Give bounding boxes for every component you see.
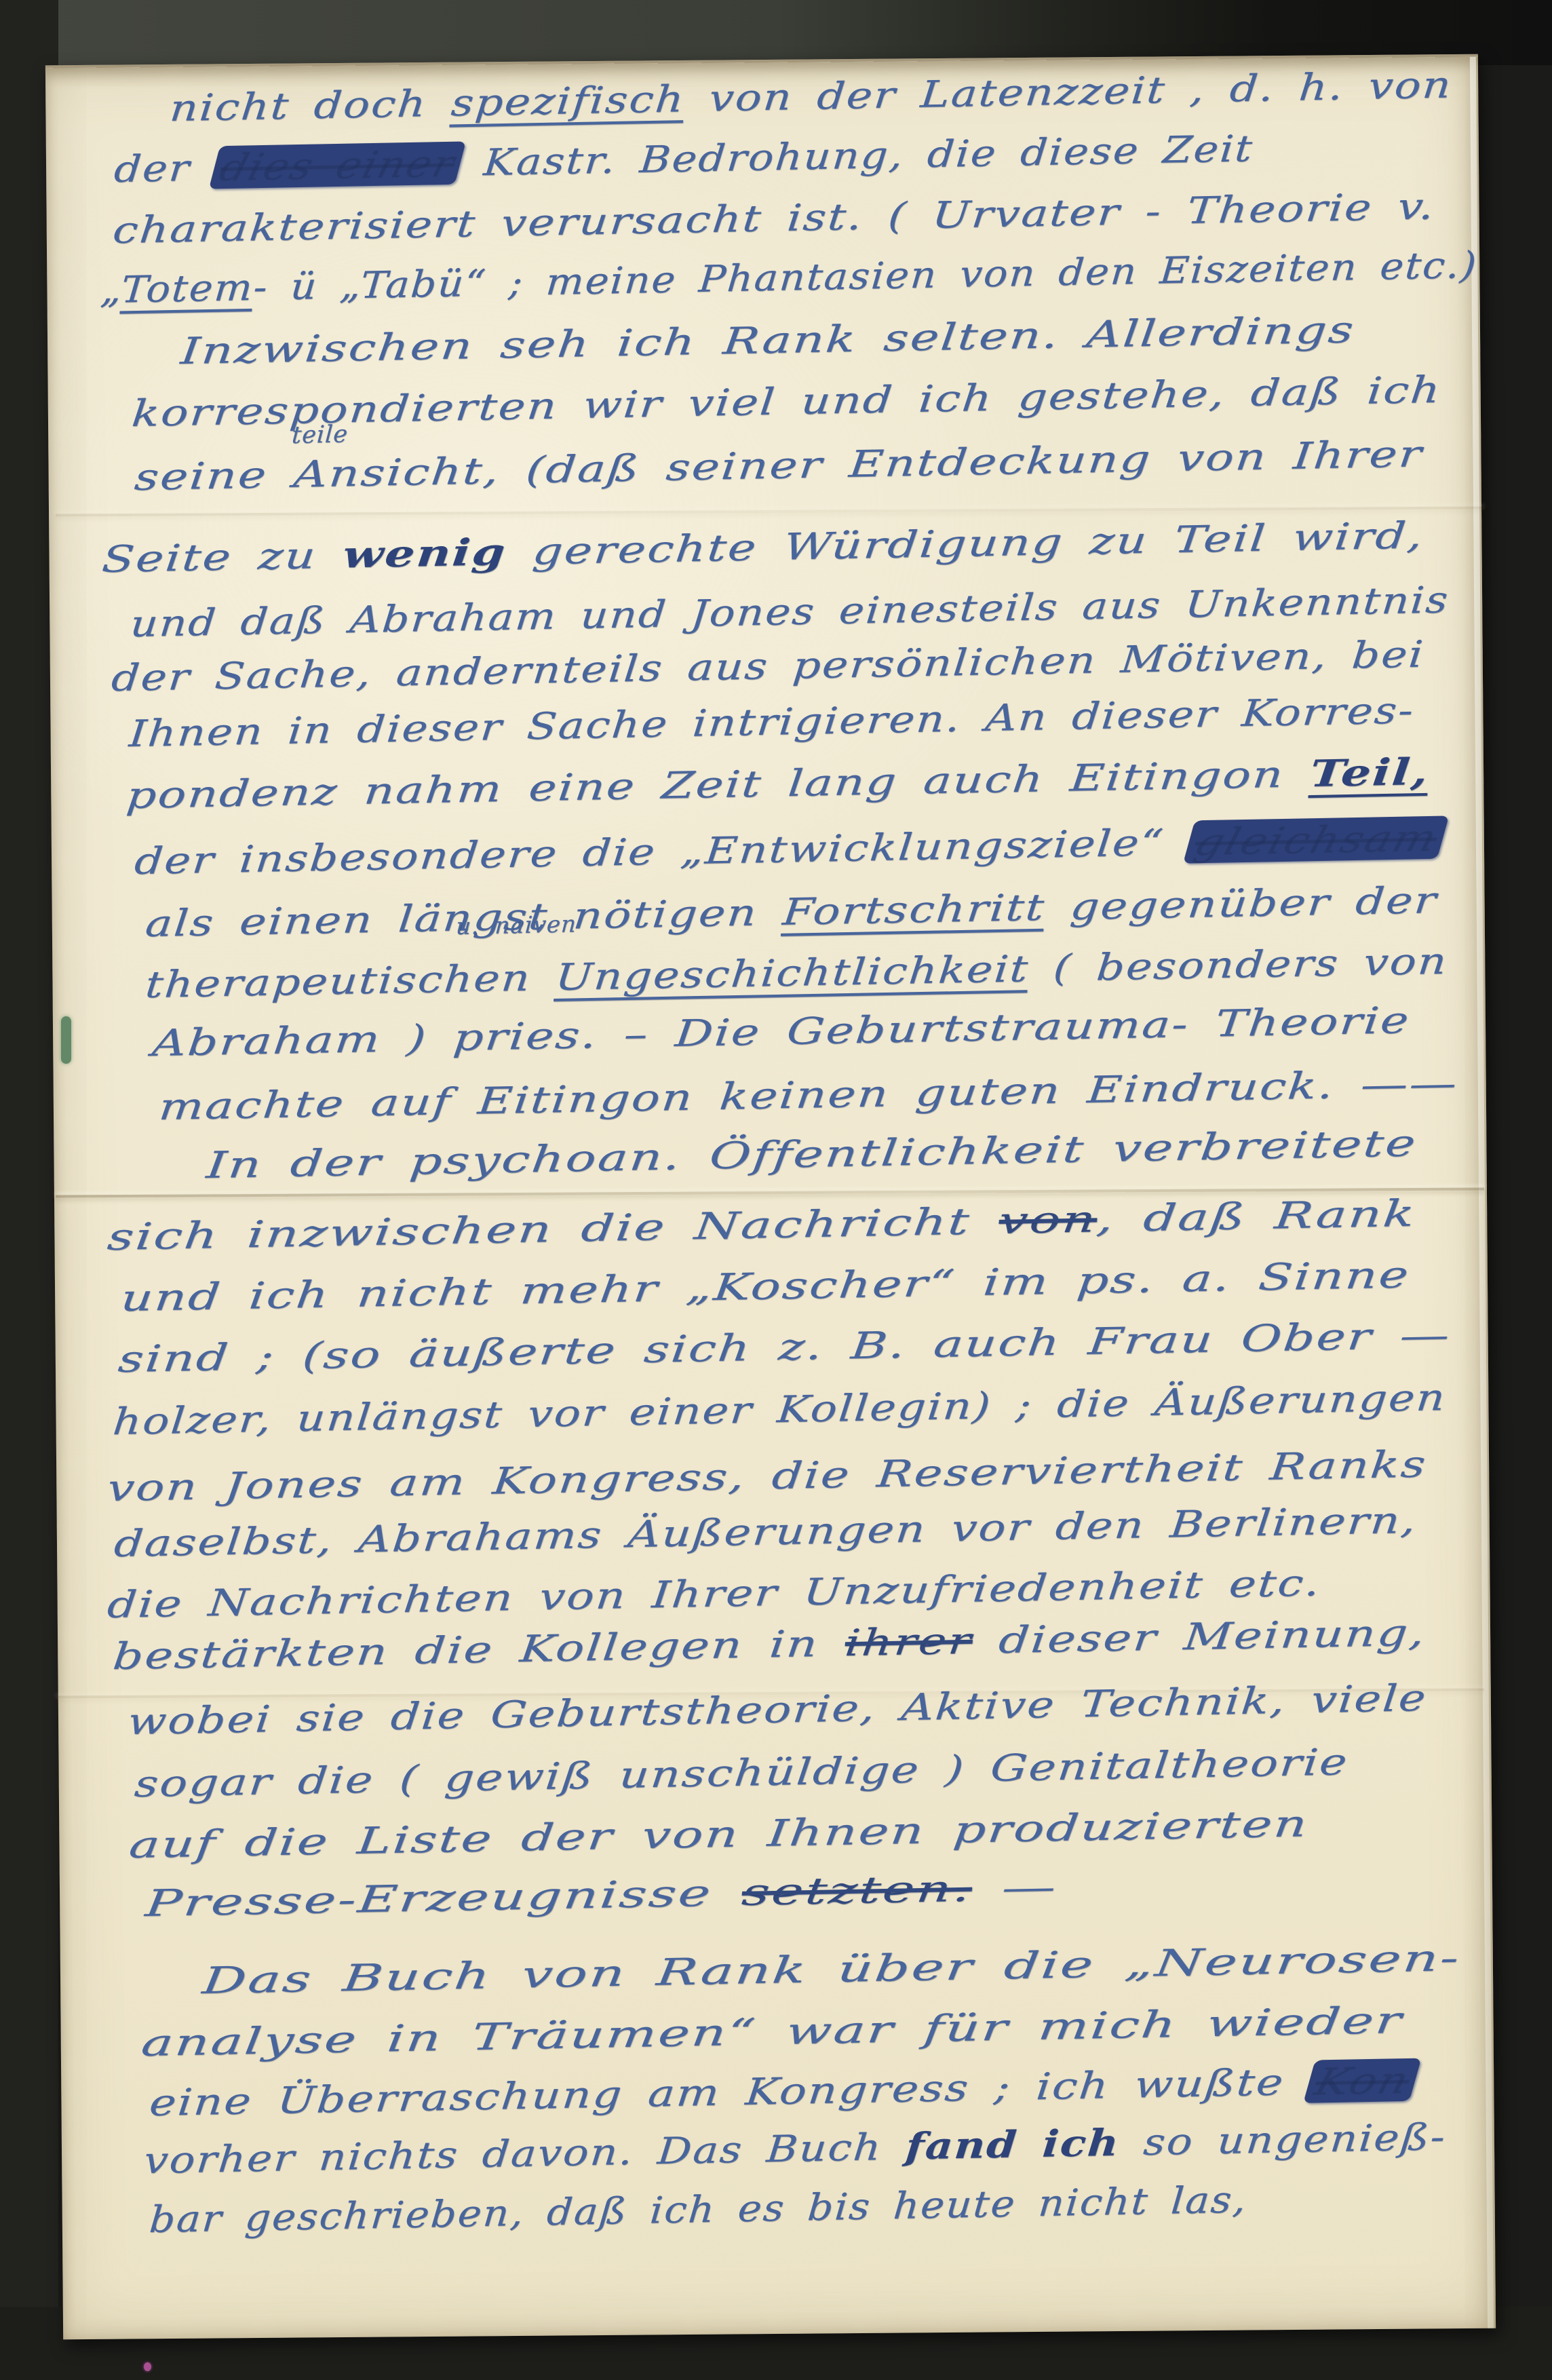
handwriting-text: - ü „Tabü“ ; meine Phantasien von den Ei… xyxy=(252,244,1479,309)
handwriting-text: holzer, unlängst vor einer Kollegin) ; d… xyxy=(111,1376,1448,1443)
handwriting-text: sich inzwischen die Nachricht xyxy=(105,1199,1001,1259)
handwriting-text: sogar die ( gewiß unschüldige ) Genitalt… xyxy=(133,1740,1351,1805)
handwriting-text: In der psychoan. Öffentlichkeit verbreit… xyxy=(204,1121,1419,1187)
handwriting-line: therapeutischen Ungeschichtlichkeit ( be… xyxy=(144,940,1450,1006)
handwriting-text: bar geschrieben, daß ich es bis heute ni… xyxy=(148,2178,1249,2241)
handwriting-text: Presse-Erzeugnisse xyxy=(143,1871,744,1925)
handwriting-line: der dies einer Kastr. Bedrohung, die die… xyxy=(113,127,1255,191)
scribbled-out-word: gleichsam xyxy=(1183,815,1449,863)
handwriting-text: der xyxy=(113,146,216,191)
handwriting-text: ( besonders von xyxy=(1027,940,1450,990)
handwriting-text: wenig xyxy=(341,530,509,577)
handwriting-line: der insbesondere die „Entwicklungsziele“… xyxy=(133,816,1446,883)
handwriting-line: auf die Liste der von Ihnen produzierten xyxy=(127,1802,1311,1866)
handwriting-text: der Sache, andernteils aus persönlichen … xyxy=(110,632,1427,699)
handwriting-text: bestärkten die Kollegen in xyxy=(111,1621,847,1678)
handwriting-line: charakterisiert verursacht ist. ( Urvate… xyxy=(111,185,1437,252)
handwriting-text: eine Überraschung am Kongress ; ich wußt… xyxy=(148,2060,1312,2124)
handwriting-line: machte auf Eitingon keinen guten Eindruc… xyxy=(157,1062,1460,1128)
handwriting-text: , daß Rank xyxy=(1095,1192,1418,1241)
handwriting-text: daselbst, Abrahams Äußerungen vor den Be… xyxy=(113,1499,1419,1565)
handwriting-text: der insbesondere die „Entwicklungsziele“ xyxy=(133,820,1191,883)
handwriting-line: vorher nichts davon. Das Buch fand ich s… xyxy=(142,2115,1448,2182)
handwriting-line: „Totem- ü „Tabü“ ; meine Phantasien von … xyxy=(99,244,1479,311)
handwriting-text: Teil, xyxy=(1308,750,1432,795)
handwriting-line: Inzwischen seh ich Rank selten. Allerdin… xyxy=(179,308,1357,372)
handwriting-text: von der Latenzzeit , d. h. von xyxy=(683,63,1454,120)
handwriting-text: spezifisch xyxy=(450,77,687,124)
handwriting-text: analyse in Träumen“ war für mich wieder xyxy=(139,1999,1405,2065)
handwriting-text: Ungeschichtlichkeit xyxy=(554,947,1030,999)
handwriting-text: dieser Meinung, xyxy=(971,1611,1428,1662)
handwriting-line: analyse in Träumen“ war für mich wieder xyxy=(139,1999,1405,2065)
handwriting-text: fand ich xyxy=(904,2121,1122,2168)
handwriting-line: Presse-Erzeugnisse setzten. — xyxy=(143,1865,1060,1925)
handwriting-text: wobei sie die Geburtstheorie, Aktive Tec… xyxy=(126,1676,1429,1743)
handwriting-text: Inzwischen seh ich Rank selten. Allerdin… xyxy=(179,308,1357,372)
handwriting-text: Kastr. Bedrohung, die diese Zeit xyxy=(459,127,1255,185)
handwriting-text: Abraham ) pries. – Die Geburtstrauma- Th… xyxy=(151,999,1412,1064)
handwriting-line: Das Buch von Rank über die „Neurosen- xyxy=(200,1936,1462,2002)
handwriting-line: von Jones am Kongress, die Reservierthei… xyxy=(106,1442,1429,1510)
handwriting-line: eine Überraschung am Kongress ; ich wußt… xyxy=(148,2058,1418,2124)
handwriting-line: daselbst, Abrahams Äußerungen vor den Be… xyxy=(113,1499,1419,1565)
handwriting-line: wobei sie die Geburtstheorie, Aktive Tec… xyxy=(126,1676,1429,1743)
scribbled-out-word: dies einer xyxy=(208,141,466,189)
handwriting-insertion: u. naiven xyxy=(455,910,577,940)
handwriting-text: therapeutischen xyxy=(144,956,558,1006)
handwriting-text: charakterisiert verursacht ist. ( Urvate… xyxy=(111,185,1437,252)
handwriting-text: setzten. xyxy=(740,1867,975,1914)
handwriting-text: und ich nicht mehr „Koscher“ im ps. a. S… xyxy=(119,1253,1412,1320)
handwriting-line: sind ; (so äußerte sich z. B. auch Frau … xyxy=(117,1313,1454,1381)
handwriting-line: und ich nicht mehr „Koscher“ im ps. a. S… xyxy=(119,1253,1412,1320)
handwriting-line: als einen längst nötigen Fortschritt geg… xyxy=(144,879,1439,945)
handwriting-text: u. naiven xyxy=(455,910,577,940)
handwriting-line: der Sache, andernteils aus persönlichen … xyxy=(110,632,1427,699)
handwriting-line: sogar die ( gewiß unschüldige ) Genitalt… xyxy=(133,1740,1351,1805)
handwriting-line: Ihnen in dieser Sache intrigieren. An di… xyxy=(128,689,1416,755)
handwriting-line: bar geschrieben, daß ich es bis heute ni… xyxy=(148,2178,1249,2241)
handwriting-text: Totem xyxy=(120,266,256,311)
handwriting-line: In der psychoan. Öffentlichkeit verbreit… xyxy=(204,1121,1419,1187)
handwriting-text: ihrer xyxy=(843,1619,975,1665)
handwriting-text: Ihnen in dieser Sache intrigieren. An di… xyxy=(128,689,1416,755)
handwriting-text: machte auf Eitingon keinen guten Eindruc… xyxy=(157,1062,1460,1128)
handwriting-text: Das Buch von Rank über die „Neurosen- xyxy=(200,1936,1462,2002)
handwriting-line: sich inzwischen die Nachricht von, daß R… xyxy=(105,1192,1418,1259)
handwriting-text: „ xyxy=(99,268,123,311)
handwriting-text: nicht doch xyxy=(168,81,453,130)
handwriting-text: gegenüber der xyxy=(1043,879,1439,929)
handwriting-line: pondenz nahm eine Zeit lang auch Eitingo… xyxy=(125,750,1432,817)
handwriting-text: Fortschritt xyxy=(781,886,1047,934)
handwriting-text: von Jones am Kongress, die Reservierthei… xyxy=(106,1442,1429,1510)
handwriting-line: nicht doch spezifisch von der Latenzzeit… xyxy=(168,63,1454,130)
scribbled-out-word: Kon xyxy=(1304,2058,1422,2103)
handwriting-line: Abraham ) pries. – Die Geburtstrauma- Th… xyxy=(151,999,1412,1064)
handwriting-text: gerechte Würdigung zu Teil wird, xyxy=(505,514,1426,573)
handwriting-text: — xyxy=(970,1865,1060,1909)
handwriting-line: Seite zu wenig gerechte Würdigung zu Tei… xyxy=(100,513,1427,581)
handwriting-text: teile xyxy=(291,421,349,449)
handwriting-text: vorher nichts davon. Das Buch xyxy=(142,2125,908,2182)
handwriting-layer: nicht doch spezifisch von der Latenzzeit… xyxy=(0,0,1552,2380)
handwriting-text: so ungenieß- xyxy=(1118,2115,1448,2164)
handwriting-text: Seite zu xyxy=(100,533,345,581)
handwriting-text: von xyxy=(997,1197,1100,1242)
handwriting-text: pondenz nahm eine Zeit lang auch Eitingo… xyxy=(125,752,1313,817)
handwriting-text: auf die Liste der von Ihnen produzierten xyxy=(127,1802,1311,1866)
handwriting-line: holzer, unlängst vor einer Kollegin) ; d… xyxy=(111,1376,1448,1443)
scanned-letter-page: nicht doch spezifisch von der Latenzzeit… xyxy=(0,0,1552,2380)
handwriting-insertion: teile xyxy=(291,421,349,449)
handwriting-text: sind ; (so äußerte sich z. B. auch Frau … xyxy=(117,1313,1454,1381)
